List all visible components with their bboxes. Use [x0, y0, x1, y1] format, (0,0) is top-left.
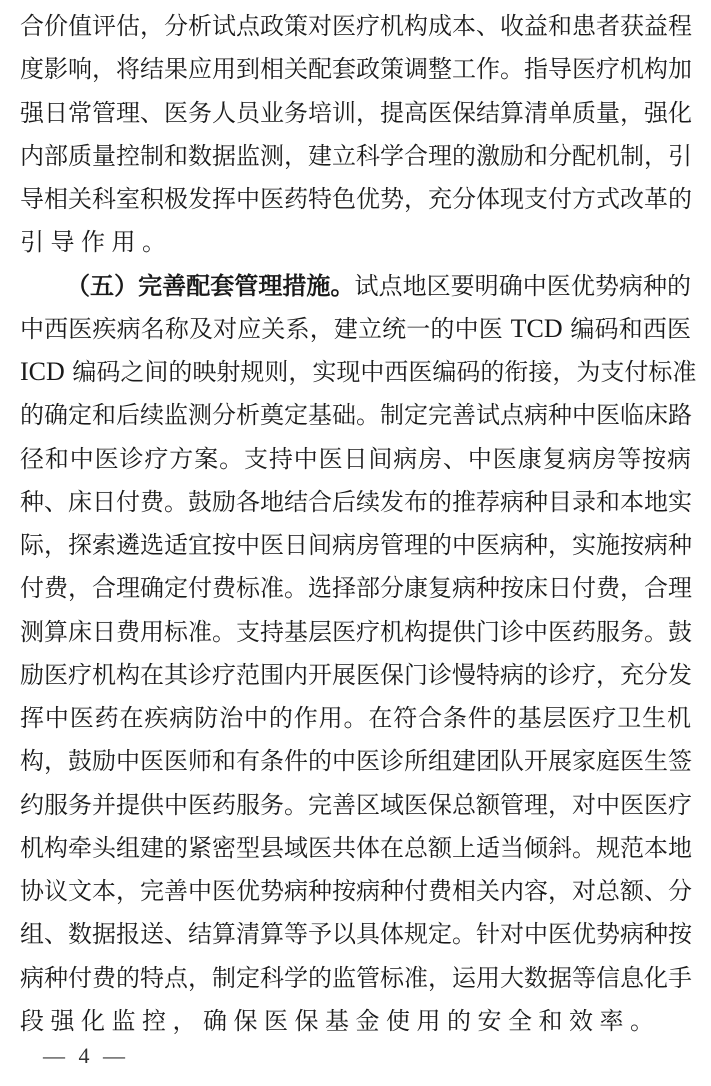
text-line: 测算床日费用标准。支持基层医疗机构提供门诊中医药服务。鼓	[20, 614, 691, 657]
text-run: 编码和西医	[570, 315, 691, 343]
text-line: 的确定和后续监测分析奠定基础。制定完善试点病种中医临床路	[20, 397, 691, 440]
text-line: 组、数据报送、结算清算等予以具体规定。针对中医优势病种按	[20, 916, 691, 959]
section-5-first-line: （五）完善配套管理措施。试点地区要明确中医优势病种的	[20, 268, 691, 311]
section-heading: （五）完善配套管理措施。	[66, 272, 354, 300]
text-line: 强日常管理、医务人员业务培训，提高医保结算清单质量，强化	[20, 95, 691, 138]
text-line: ICD 编码之间的映射规则，实现中西医编码的衔接，为支付标准	[20, 354, 691, 397]
text-line: 际，探索遴选适宜按中医日间病房管理的中医病种，实施按病种	[20, 527, 691, 570]
text-line: 段强化监控，确保医保基金使用的安全和效率。	[20, 1003, 691, 1046]
tcd-code-term: TCD	[511, 314, 563, 343]
text-line: 内部质量控制和数据监测，建立科学合理的激励和分配机制，引	[20, 138, 691, 181]
text-run: 试点地区要明确中医优势病种的	[354, 272, 691, 300]
text-line: 协议文本，完善中医优势病种按病种付费相关内容，对总额、分	[20, 873, 691, 916]
text-line: 度影响，将结果应用到相关配套政策调整工作。指导医疗机构加	[20, 51, 691, 94]
document-page: 合价值评估，分析试点政策对医疗机构成本、收益和患者获益程 度影响，将结果应用到相…	[20, 8, 691, 1046]
text-line: 引导作用。	[20, 224, 691, 267]
text-run: 编码之间的映射规则，实现中西医编码的衔接，为支付标准	[72, 358, 696, 386]
text-line: 构，鼓励中医医师和有条件的中医诊所组建团队开展家庭医生签	[20, 743, 691, 786]
section-5-paragraph: （五）完善配套管理措施。试点地区要明确中医优势病种的 中西医疾病名称及对应关系，…	[20, 268, 691, 1047]
paragraph-continued: 合价值评估，分析试点政策对医疗机构成本、收益和患者获益程 度影响，将结果应用到相…	[20, 8, 691, 268]
text-line: 付费，合理确定付费标准。选择部分康复病种按床日付费，合理	[20, 570, 691, 613]
text-line: 种、床日付费。鼓励各地结合后续发布的推荐病种目录和本地实	[20, 484, 691, 527]
text-line: 径和中医诊疗方案。支持中医日间病房、中医康复病房等按病	[20, 441, 691, 484]
text-line: 挥中医药在疾病防治中的作用。在符合条件的基层医疗卫生机	[20, 700, 691, 743]
text-line: 约服务并提供中医药服务。完善区域医保总额管理，对中医医疗	[20, 787, 691, 830]
page-number: — 4 —	[43, 1043, 129, 1069]
text-line: 中西医疾病名称及对应关系，建立统一的中医 TCD 编码和西医	[20, 311, 691, 354]
text-line: 病种付费的特点，制定科学的监管标准，运用大数据等信息化手	[20, 960, 691, 1003]
text-line: 机构牵头组建的紧密型县域医共体在总额上适当倾斜。规范本地	[20, 830, 691, 873]
text-line: 导相关科室积极发挥中医药特色优势，充分体现支付方式改革的	[20, 181, 691, 224]
icd-code-term: ICD	[20, 357, 65, 386]
text-line: 合价值评估，分析试点政策对医疗机构成本、收益和患者获益程	[20, 8, 691, 51]
text-run: 中西医疾病名称及对应关系，建立统一的中医	[20, 315, 503, 343]
text-line: 励医疗机构在其诊疗范围内开展医保门诊慢特病的诊疗，充分发	[20, 657, 691, 700]
